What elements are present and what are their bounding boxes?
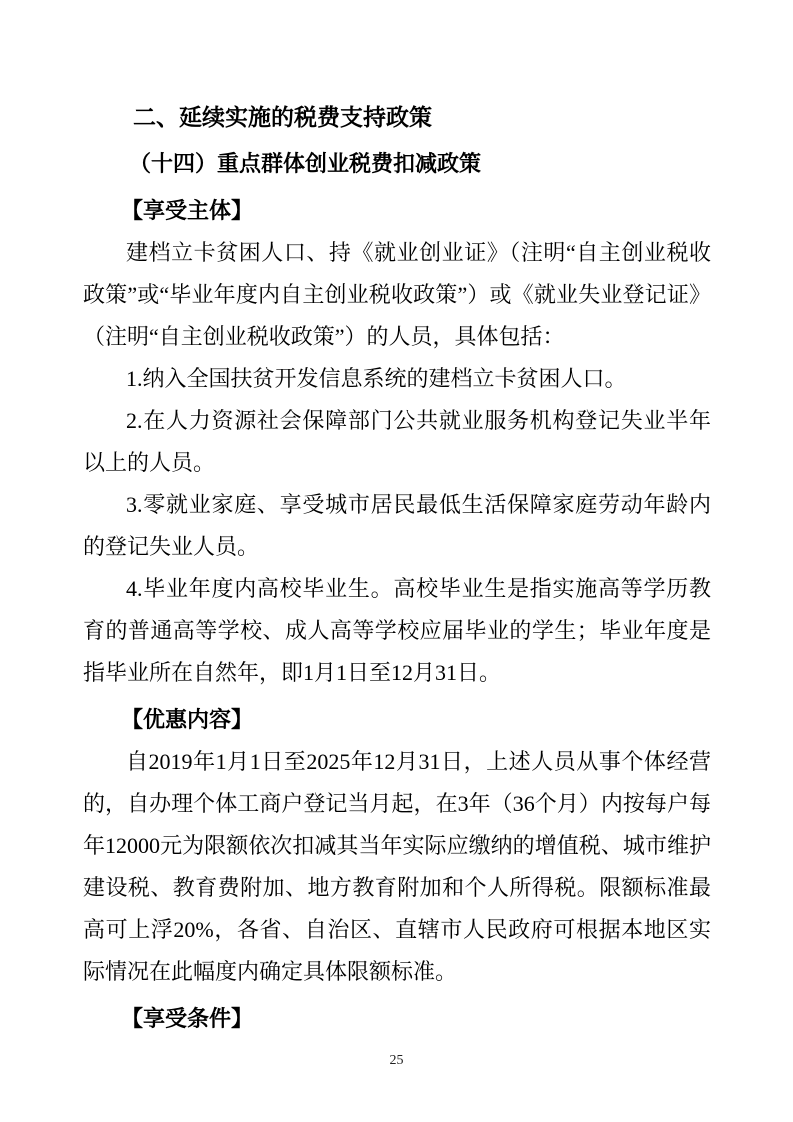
policy-heading: （十四）重点群体创业税费扣减政策 [83,143,711,185]
page-number: 25 [0,1051,793,1071]
document-content: 二、延续实施的税费支持政策 （十四）重点群体创业税费扣减政策 【享受主体】 建档… [83,96,711,1040]
document-page: 二、延续实施的税费支持政策 （十四）重点群体创业税费扣减政策 【享受主体】 建档… [0,0,793,1122]
numbered-item-1: 1.纳入全国扶贫开发信息系统的建档立卡贫困人口。 [83,358,711,400]
section-title-preferential-content: 【优惠内容】 [83,699,711,741]
numbered-item-2: 2.在人力资源社会保障部门公共就业服务机构登记失业半年以上的人员。 [83,400,711,484]
numbered-item-3: 3.零就业家庭、享受城市居民最低生活保障家庭劳动年龄内的登记失业人员。 [83,484,711,568]
section-title-eligibility-conditions: 【享受条件】 [83,998,711,1040]
numbered-item-4: 4.毕业年度内高校毕业生。高校毕业生是指实施高等学历教育的普通高等学校、成人高等… [83,568,711,694]
chapter-heading: 二、延续实施的税费支持政策 [83,96,711,138]
preferential-content-paragraph: 自2019年1月1日至2025年12月31日，上述人员从事个体经营的，自办理个体… [83,741,711,993]
beneficiaries-intro-paragraph: 建档立卡贫困人口、持《就业创业证》（注明“自主创业税收政策”或“毕业年度内自主创… [83,232,711,358]
section-title-beneficiaries: 【享受主体】 [83,190,711,232]
